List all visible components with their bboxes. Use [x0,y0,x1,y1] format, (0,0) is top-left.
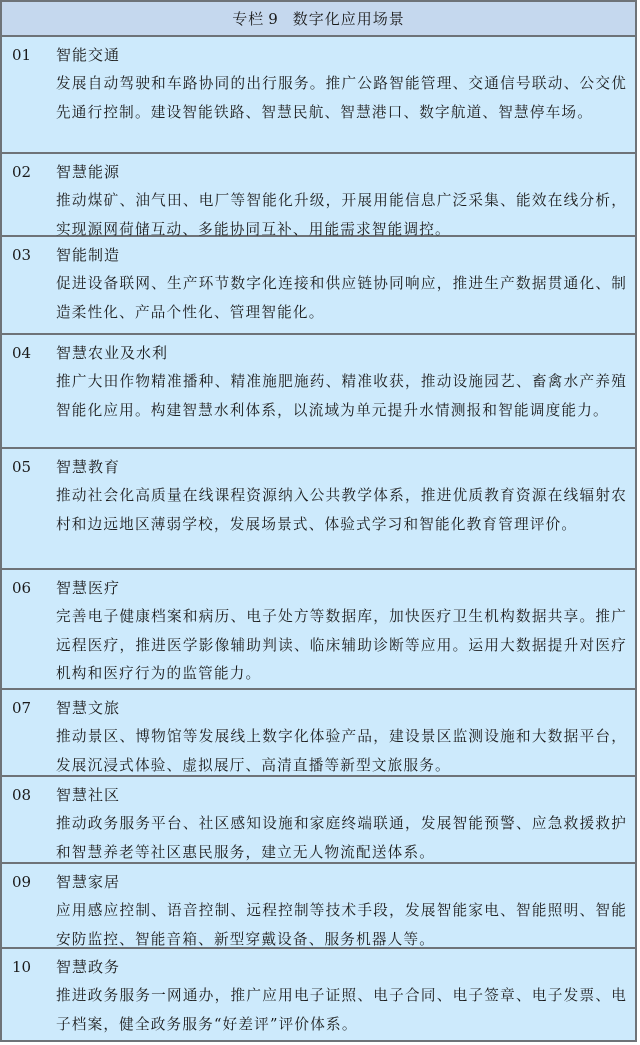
row-text: 促进设备联网、生产环节数字化连接和供应链协同响应，推进生产数据贯通化、制造柔性化… [56,270,627,327]
header-title: 数字化应用场景 [293,8,405,29]
scenario-row-09: 09智慧家居 应用感应控制、语音控制、远程控制等技术手段，发展智能家电、智能照明… [2,864,635,949]
row-title: 智慧农业及水利 [56,342,168,363]
row-text: 推动政务服务平台、社区感知设施和家庭终端联通，发展智能预警、应急救援救护和智慧养… [56,810,627,867]
scenario-row-04: 04智慧农业及水利 推广大田作物精准播种、精准施肥施药、精准收获，推动设施园艺、… [2,335,635,449]
row-text: 推进政务服务一网通办，推广应用电子证照、电子合同、电子签章、电子发票、电子档案，… [56,982,627,1039]
scenario-row-08: 08智慧社区 推动政务服务平台、社区感知设施和家庭终端联通，发展智能预警、应急救… [2,777,635,864]
row-title: 智能交通 [56,44,120,65]
box-header: 专栏 9 数字化应用场景 [2,2,635,37]
row-text: 推广大田作物精准播种、精准施肥施药、精准收获，推动设施园艺、畜禽水产养殖智能化应… [56,368,627,425]
row-title: 智能制造 [56,244,120,265]
row-title: 智慧文旅 [56,697,120,718]
row-title: 智慧政务 [56,956,120,977]
row-title: 智慧教育 [56,456,120,477]
row-text: 应用感应控制、语音控制、远程控制等技术手段，发展智能家电、智能照明、智能安防监控… [56,897,627,954]
row-index: 03 [12,246,56,264]
row-text: 推动社会化高质量在线课程资源纳入公共教学体系，推进优质教育资源在线辐射农村和边远… [56,482,627,539]
row-index: 08 [12,786,56,804]
scenario-row-07: 07智慧文旅 推动景区、博物馆等发展线上数字化体验产品，建设景区监测设施和大数据… [2,690,635,777]
scenario-row-01: 01智能交通 发展自动驾驶和车路协同的出行服务。推广公路智能管理、交通信号联动、… [2,37,635,154]
row-index: 10 [12,958,56,976]
row-index: 09 [12,873,56,891]
scenario-row-05: 05智慧教育 推动社会化高质量在线课程资源纳入公共教学体系，推进优质教育资源在线… [2,449,635,570]
row-index: 05 [12,458,56,476]
row-index: 02 [12,163,56,181]
row-text: 发展自动驾驶和车路协同的出行服务。推广公路智能管理、交通信号联动、公交优先通行控… [56,70,627,127]
row-text: 推动景区、博物馆等发展线上数字化体验产品，建设景区监测设施和大数据平台，发展沉浸… [56,723,627,780]
header-number: 9 [268,10,279,28]
row-index: 07 [12,699,56,717]
scenario-row-03: 03智能制造 促进设备联网、生产环节数字化连接和供应链协同响应，推进生产数据贯通… [2,237,635,335]
scenario-row-02: 02智慧能源 推动煤矿、油气田、电厂等智能化升级，开展用能信息广泛采集、能效在线… [2,154,635,237]
row-title: 智慧医疗 [56,577,120,598]
row-text: 完善电子健康档案和病历、电子处方等数据库，加快医疗卫生机构数据共享。推广远程医疗… [56,603,627,689]
row-index: 01 [12,46,56,64]
row-title: 智慧家居 [56,871,120,892]
feature-box: 专栏 9 数字化应用场景 01智能交通 发展自动驾驶和车路协同的出行服务。推广公… [0,0,637,1042]
header-label: 专栏 [232,8,264,29]
row-text: 推动煤矿、油气田、电厂等智能化升级，开展用能信息广泛采集、能效在线分析，实现源网… [56,187,627,244]
row-title: 智慧社区 [56,784,120,805]
row-index: 04 [12,344,56,362]
scenario-row-06: 06智慧医疗 完善电子健康档案和病历、电子处方等数据库，加快医疗卫生机构数据共享… [2,570,635,690]
row-title: 智慧能源 [56,161,120,182]
row-index: 06 [12,579,56,597]
scenario-row-10: 10智慧政务 推进政务服务一网通办，推广应用电子证照、电子合同、电子签章、电子发… [2,949,635,1043]
